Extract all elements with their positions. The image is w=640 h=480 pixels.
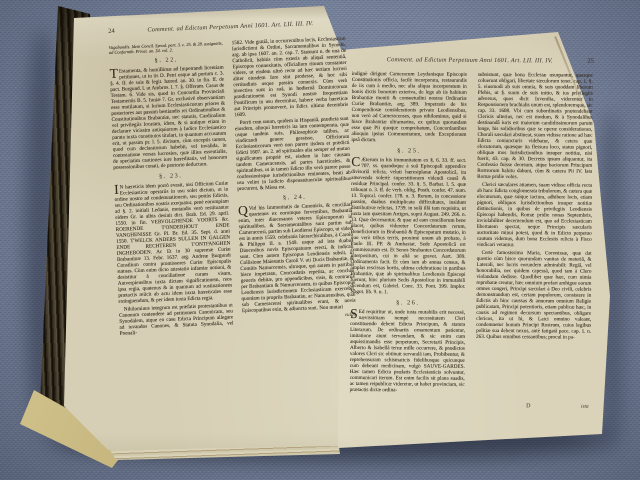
paragraph: SEd requiritur ut, unde iusta mutabilis … [350, 309, 466, 394]
drop-cap: I [114, 185, 120, 196]
drop-cap: T [110, 69, 120, 80]
paragraph: Nihilominus integrum est præfatis protes… [119, 302, 234, 336]
right-column-2: subsistunt, quæ bona Ecclesiæ usurpantur… [476, 72, 593, 413]
drop-cap: C [351, 157, 361, 168]
section-heading: §. 26. [350, 299, 465, 307]
right-page-number: 25 [587, 58, 594, 65]
catchword: ista [581, 404, 589, 410]
right-page-content: Comment. ad Edictum Perpetuum Anni 1601.… [349, 56, 594, 458]
right-text-columns: indignè dirigunt Cameracum Leydanisque E… [350, 71, 594, 413]
drop-cap: Q [238, 206, 249, 217]
marginal-note: Vagabundis. Idem Concil. Synod. part. 3.… [109, 41, 223, 55]
paragraph: IN hæreticis idem porrò evasit, nisi Off… [114, 181, 233, 305]
right-page-footer: D ista [476, 403, 591, 411]
right-column-1: indignè dirigunt Cameracum Leydanisque E… [350, 71, 467, 412]
paragraph: indignè dirigunt Cameracum Leydanisque E… [351, 71, 466, 144]
paragraph: subsistunt, quæ bona Ecclesiæ usurpantur… [477, 72, 593, 181]
left-page-content: 24 Comment. ad Edictum Perpetuum Anni 16… [108, 19, 362, 448]
left-column-1: Vagabundis. Idem Concil. Synod. part. 3.… [109, 41, 236, 381]
paragraph: 1582. Vide gratiâ, in occurrentibus loci… [232, 36, 349, 118]
drop-cap: S [350, 309, 359, 320]
section-heading: §. 25. [351, 147, 466, 155]
right-running-header: Comment. ad Edictum Perpetuum Anni 1601.… [352, 56, 594, 69]
left-text-columns: Vagabundis. Idem Concil. Synod. part. 3.… [109, 36, 360, 381]
paragraph: CÆterum in his immunitatem ex §. 6. 33. … [350, 157, 466, 296]
right-running-title: Comment. ad Edictum Perpetuum Anni 1601.… [352, 56, 587, 65]
paragraph: TEstamenta, & humillimæ ad Impetrandi li… [110, 65, 228, 171]
left-column-2: 1582. Vide gratiâ, in occurrentibus loci… [232, 36, 359, 376]
paragraph: Clerici sæculares attamen, suam vidisse … [477, 182, 592, 249]
book-photograph: 24 Comment. ad Edictum Perpetuum Anni 16… [0, 0, 640, 480]
paragraph: Porrò cum unum, quidem in Hispaniâ, præd… [235, 116, 352, 192]
paragraph: Certè famosissima Maria, Coronissæ, quæ … [476, 250, 592, 341]
signature-mark: D [526, 403, 530, 409]
paragraph: QVid his Immunitatis de Canonicis, & con… [238, 202, 356, 314]
